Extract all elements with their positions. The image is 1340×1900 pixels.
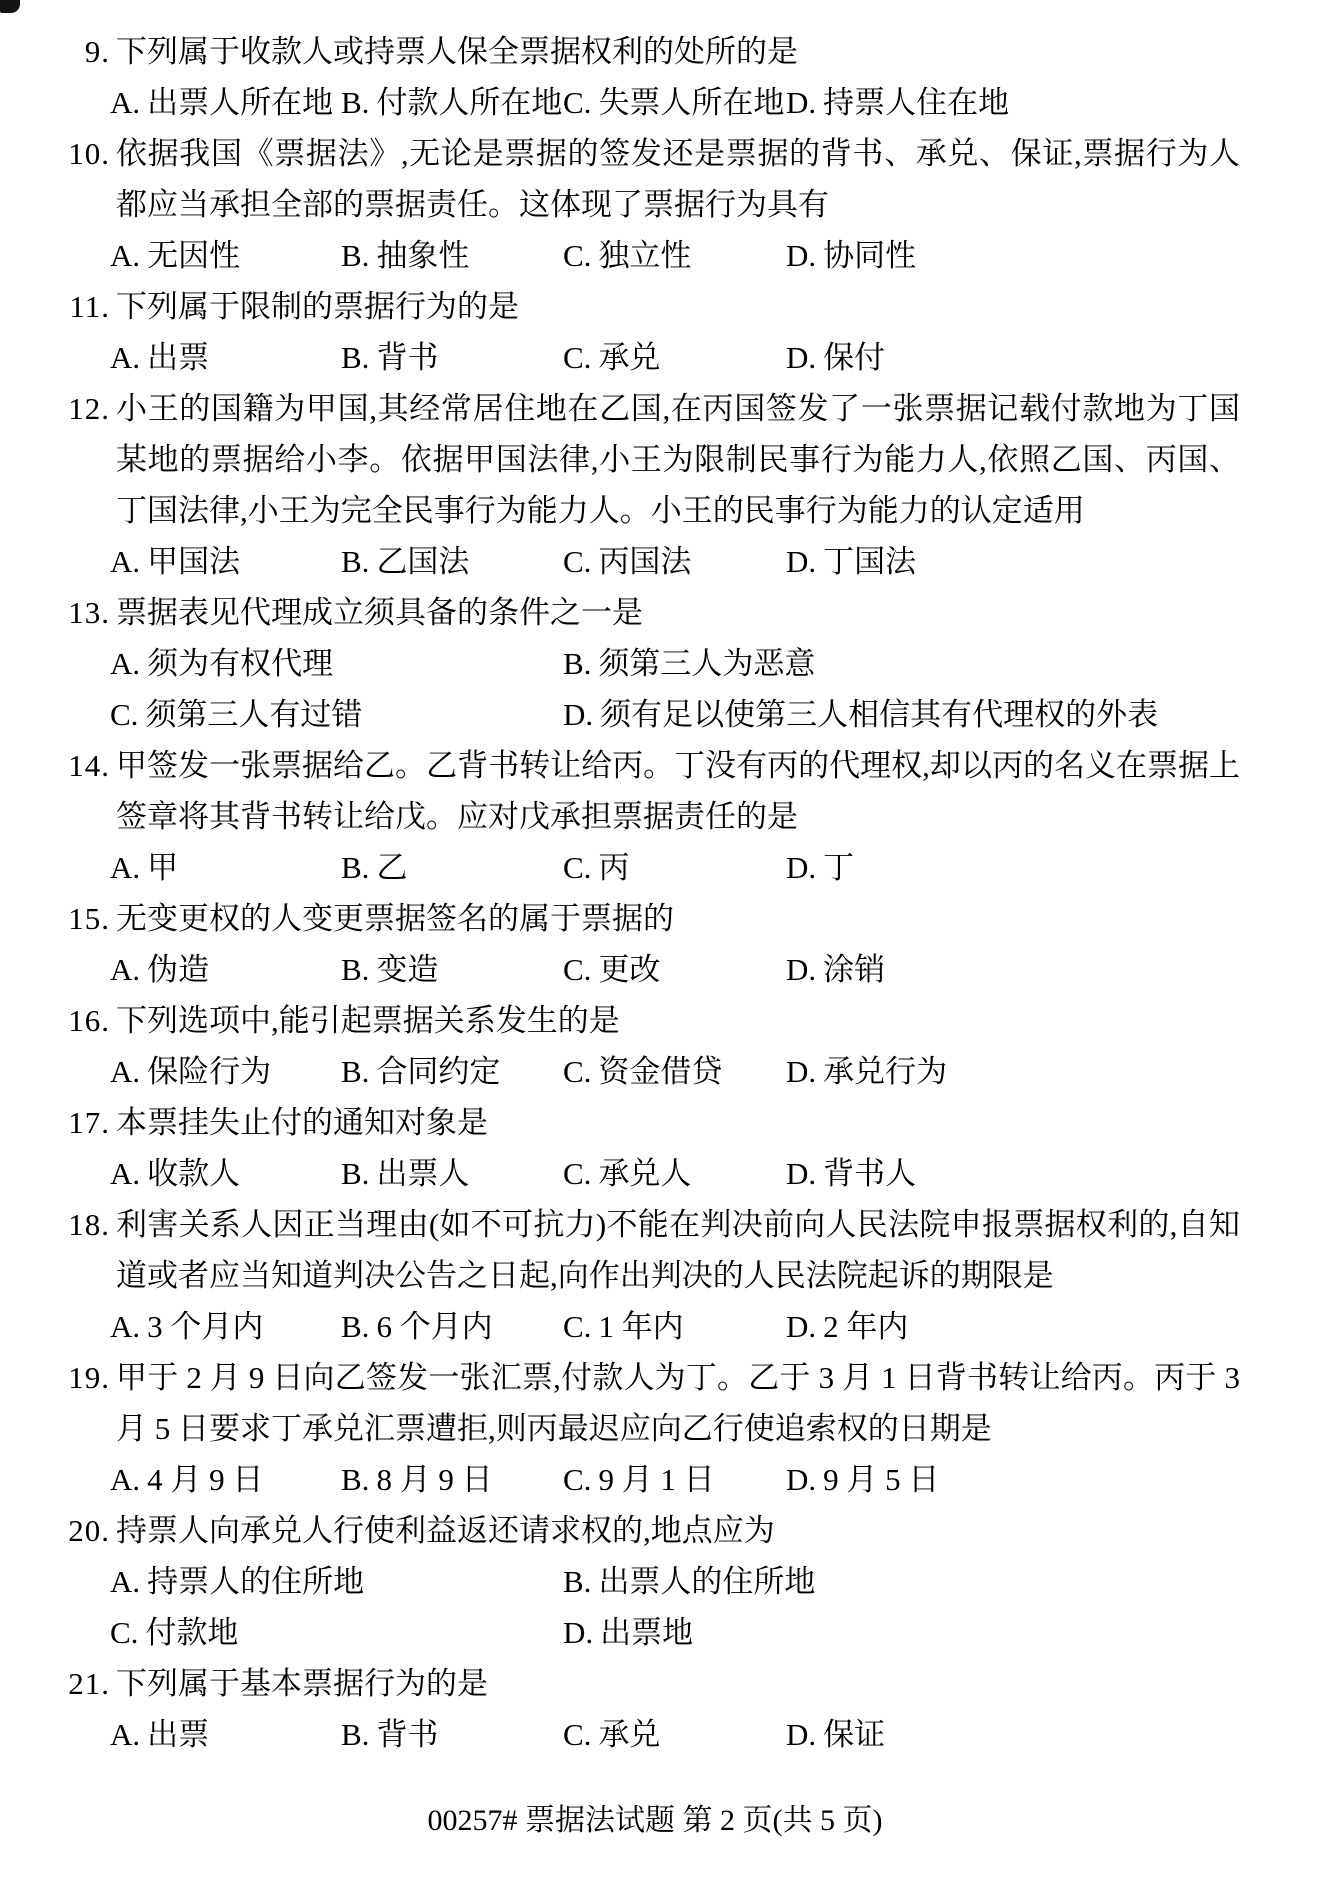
question-number: 14. [66,740,110,791]
option-text: 乙国法 [376,544,469,579]
option-label: C. [563,1054,591,1089]
option-A: A.4 月 9 日 [110,1454,341,1505]
option-text: 出票 [147,340,209,375]
option-label: A. [110,1717,140,1752]
option-C: C.丙国法 [563,536,786,587]
option-C: C.1 年内 [563,1301,786,1352]
option-label: A. [110,1156,140,1191]
option-text: 持票人住在地 [823,85,1009,120]
question-number: 15. [66,893,110,944]
option-B: B.须第三人为恶意 [563,638,1240,689]
option-label: D. [786,85,816,120]
option-text: 须为有权代理 [147,646,333,681]
option-label: A. [110,952,140,987]
option-D: D.须有足以使第三人相信其有代理权的外表 [563,689,1240,740]
option-text: 背书人 [823,1156,916,1191]
options-row: A.须为有权代理B.须第三人为恶意C.须第三人有过错D.须有足以使第三人相信其有… [110,638,1240,740]
option-D: D.持票人住在地 [786,77,1240,128]
option-D: D.保证 [786,1709,1240,1760]
option-text: 9 月 1 日 [598,1462,714,1497]
option-text: 6 个月内 [376,1309,492,1344]
question-stem: 无变更权的人变更票据签名的属于票据的 [116,893,1240,944]
options-row: A.出票人所在地B.付款人所在地C.失票人所在地D.持票人住在地 [110,77,1240,128]
option-label: B. [341,544,369,579]
question-stem: 小王的国籍为甲国,其经常居住地在乙国,在丙国签发了一张票据记载付款地为丁国某地的… [116,383,1240,536]
option-text: 持票人的住所地 [147,1564,364,1599]
question-number: 10. [66,128,110,179]
option-A: A.甲 [110,842,341,893]
option-label: B. [341,1309,369,1344]
option-text: 3 个月内 [147,1309,263,1344]
option-text: 保付 [823,340,885,375]
question-stem: 下列属于收款人或持票人保全票据权利的处所的是 [116,26,1240,77]
option-label: C. [563,1309,591,1344]
option-label: D. [786,1054,816,1089]
question-stem: 甲签发一张票据给乙。乙背书转让给丙。丁没有丙的代理权,却以丙的名义在票据上签章将… [116,740,1240,842]
option-A: A.出票 [110,332,341,383]
option-D: D.出票地 [563,1607,1240,1658]
option-B: B.变造 [341,944,563,995]
option-text: 出票地 [600,1615,693,1650]
option-label: D. [786,238,816,273]
option-label: D. [786,1309,816,1344]
option-text: 伪造 [147,952,209,987]
option-B: B.6 个月内 [341,1301,563,1352]
option-C: C.须第三人有过错 [110,689,563,740]
option-text: 须有足以使第三人相信其有代理权的外表 [600,697,1158,732]
option-B: B.背书 [341,1709,563,1760]
option-label: B. [341,952,369,987]
option-D: D.承兑行为 [786,1046,1240,1097]
option-label: B. [341,340,369,375]
question-number: 19. [66,1352,110,1403]
question-number: 16. [66,995,110,1046]
option-text: 承兑 [598,340,660,375]
option-label: C. [563,85,591,120]
question-20: 20.持票人向承兑人行使利益返还请求权的,地点应为A.持票人的住所地B.出票人的… [70,1505,1240,1658]
option-text: 须第三人为恶意 [598,646,815,681]
option-text: 出票 [147,1717,209,1752]
option-text: 收款人 [147,1156,240,1191]
option-label: B. [563,1564,591,1599]
option-label: C. [563,544,591,579]
question-13: 13.票据表见代理成立须具备的条件之一是A.须为有权代理B.须第三人为恶意C.须… [70,587,1240,740]
option-label: D. [786,850,816,885]
option-C: C.付款地 [110,1607,563,1658]
option-C: C.失票人所在地 [563,77,786,128]
option-text: 出票人所在地 [147,85,333,120]
option-label: C. [563,1717,591,1752]
option-A: A.伪造 [110,944,341,995]
option-B: B.出票人 [341,1148,563,1199]
option-text: 合同约定 [376,1054,500,1089]
option-A: A.3 个月内 [110,1301,341,1352]
option-label: D. [563,1615,593,1650]
option-text: 抽象性 [376,238,469,273]
question-stem: 利害关系人因正当理由(如不可抗力)不能在判决前向人民法院申报票据权利的,自知道或… [116,1199,1240,1301]
question-number: 20. [66,1505,110,1556]
question-stem: 下列选项中,能引起票据关系发生的是 [116,995,1240,1046]
question-17: 17.本票挂失止付的通知对象是A.收款人B.出票人C.承兑人D.背书人 [70,1097,1240,1199]
option-text: 9 月 5 日 [823,1462,939,1497]
option-label: C. [110,697,138,732]
option-label: B. [341,1717,369,1752]
option-label: B. [341,85,369,120]
option-text: 丙国法 [598,544,691,579]
options-row: A.收款人B.出票人C.承兑人D.背书人 [110,1148,1240,1199]
option-text: 保证 [823,1717,885,1752]
option-text: 失票人所在地 [598,85,784,120]
options-row: A.出票B.背书C.承兑D.保证 [110,1709,1240,1760]
option-label: A. [110,1462,140,1497]
option-label: B. [563,646,591,681]
option-text: 付款人所在地 [376,85,562,120]
option-B: B.出票人的住所地 [563,1556,1240,1607]
options-row: A.保险行为B.合同约定C.资金借贷D.承兑行为 [110,1046,1240,1097]
option-text: 承兑人 [598,1156,691,1191]
option-text: 无因性 [147,238,240,273]
question-14: 14.甲签发一张票据给乙。乙背书转让给丙。丁没有丙的代理权,却以丙的名义在票据上… [70,740,1240,893]
option-label: C. [110,1615,138,1650]
option-A: A.出票人所在地 [110,77,341,128]
option-A: A.出票 [110,1709,341,1760]
option-text: 4 月 9 日 [147,1462,263,1497]
option-B: B.8 月 9 日 [341,1454,563,1505]
option-text: 背书 [376,1717,438,1752]
option-text: 丁国法 [823,544,916,579]
option-D: D.协同性 [786,230,1240,281]
option-label: C. [563,850,591,885]
option-text: 付款地 [145,1615,238,1650]
option-A: A.收款人 [110,1148,341,1199]
question-stem: 依据我国《票据法》,无论是票据的签发还是票据的背书、承兑、保证,票据行为人都应当… [116,128,1240,230]
question-number: 12. [66,383,110,434]
option-A: A.须为有权代理 [110,638,563,689]
option-label: D. [786,952,816,987]
option-text: 出票人的住所地 [598,1564,815,1599]
option-text: 2 年内 [823,1309,908,1344]
option-A: A.甲国法 [110,536,341,587]
option-label: D. [786,544,816,579]
option-label: B. [341,1156,369,1191]
option-C: C.9 月 1 日 [563,1454,786,1505]
option-text: 须第三人有过错 [145,697,362,732]
option-D: D.9 月 5 日 [786,1454,1240,1505]
exam-page: 9.下列属于收款人或持票人保全票据权利的处所的是A.出票人所在地B.付款人所在地… [0,0,1340,1844]
option-D: D.2 年内 [786,1301,1240,1352]
option-D: D.丁国法 [786,536,1240,587]
question-19: 19.甲于 2 月 9 日向乙签发一张汇票,付款人为丁。乙于 3 月 1 日背书… [70,1352,1240,1505]
option-label: C. [563,340,591,375]
question-number: 13. [66,587,110,638]
question-number: 11. [66,281,110,332]
option-C: C.更改 [563,944,786,995]
option-text: 甲 [147,850,178,885]
question-11: 11.下列属于限制的票据行为的是A.出票B.背书C.承兑D.保付 [70,281,1240,383]
option-label: B. [341,1462,369,1497]
option-text: 乙 [376,850,407,885]
option-text: 涂销 [823,952,885,987]
option-label: A. [110,1309,140,1344]
options-row: A.4 月 9 日B.8 月 9 日C.9 月 1 日D.9 月 5 日 [110,1454,1240,1505]
option-text: 甲国法 [147,544,240,579]
option-A: A.无因性 [110,230,341,281]
option-C: C.资金借贷 [563,1046,786,1097]
option-C: C.独立性 [563,230,786,281]
option-label: A. [110,850,140,885]
question-stem: 下列属于基本票据行为的是 [116,1658,1240,1709]
option-label: C. [563,1156,591,1191]
option-label: D. [786,1156,816,1191]
option-label: B. [341,850,369,885]
option-B: B.付款人所在地 [341,77,563,128]
option-text: 变造 [376,952,438,987]
option-label: D. [786,340,816,375]
option-B: B.合同约定 [341,1046,563,1097]
option-label: C. [563,952,591,987]
option-B: B.抽象性 [341,230,563,281]
option-text: 背书 [376,340,438,375]
question-16: 16.下列选项中,能引起票据关系发生的是A.保险行为B.合同约定C.资金借贷D.… [70,995,1240,1097]
option-text: 丙 [598,850,629,885]
option-D: D.背书人 [786,1148,1240,1199]
option-label: C. [563,238,591,273]
page-footer: 00257# 票据法试题 第 2 页(共 5 页) [70,1798,1240,1844]
option-A: A.保险行为 [110,1046,341,1097]
question-10: 10.依据我国《票据法》,无论是票据的签发还是票据的背书、承兑、保证,票据行为人… [70,128,1240,281]
options-row: A.甲国法B.乙国法C.丙国法D.丁国法 [110,536,1240,587]
option-label: D. [786,1462,816,1497]
option-label: A. [110,1564,140,1599]
question-stem: 下列属于限制的票据行为的是 [116,281,1240,332]
question-stem: 本票挂失止付的通知对象是 [116,1097,1240,1148]
option-B: B.背书 [341,332,563,383]
option-D: D.丁 [786,842,1240,893]
option-C: C.承兑 [563,1709,786,1760]
options-row: A.3 个月内B.6 个月内C.1 年内D.2 年内 [110,1301,1240,1352]
option-text: 承兑行为 [823,1054,947,1089]
option-text: 丁 [823,850,854,885]
option-text: 独立性 [598,238,691,273]
option-D: D.保付 [786,332,1240,383]
options-row: A.甲B.乙C.丙D.丁 [110,842,1240,893]
question-15: 15.无变更权的人变更票据签名的属于票据的A.伪造B.变造C.更改D.涂销 [70,893,1240,995]
option-label: A. [110,544,140,579]
questions-list: 9.下列属于收款人或持票人保全票据权利的处所的是A.出票人所在地B.付款人所在地… [70,26,1240,1760]
option-A: A.持票人的住所地 [110,1556,563,1607]
question-number: 9. [66,26,110,77]
option-label: A. [110,1054,140,1089]
option-label: D. [563,697,593,732]
options-row: A.出票B.背书C.承兑D.保付 [110,332,1240,383]
options-row: A.持票人的住所地B.出票人的住所地C.付款地D.出票地 [110,1556,1240,1658]
option-B: B.乙 [341,842,563,893]
option-D: D.涂销 [786,944,1240,995]
option-label: A. [110,238,140,273]
option-text: 更改 [598,952,660,987]
option-text: 承兑 [598,1717,660,1752]
option-label: A. [110,85,140,120]
option-text: 1 年内 [598,1309,683,1344]
option-text: 8 月 9 日 [376,1462,492,1497]
option-C: C.承兑 [563,332,786,383]
option-label: B. [341,1054,369,1089]
option-label: C. [563,1462,591,1497]
option-label: A. [110,646,140,681]
question-number: 18. [66,1199,110,1250]
question-stem: 持票人向承兑人行使利益返还请求权的,地点应为 [116,1505,1240,1556]
option-text: 出票人 [376,1156,469,1191]
option-label: B. [341,238,369,273]
option-B: B.乙国法 [341,536,563,587]
question-21: 21.下列属于基本票据行为的是A.出票B.背书C.承兑D.保证 [70,1658,1240,1760]
option-C: C.丙 [563,842,786,893]
question-number: 21. [66,1658,110,1709]
option-C: C.承兑人 [563,1148,786,1199]
question-number: 17. [66,1097,110,1148]
question-9: 9.下列属于收款人或持票人保全票据权利的处所的是A.出票人所在地B.付款人所在地… [70,26,1240,128]
options-row: A.伪造B.变造C.更改D.涂销 [110,944,1240,995]
question-stem: 票据表见代理成立须具备的条件之一是 [116,587,1240,638]
option-label: A. [110,340,140,375]
option-text: 保险行为 [147,1054,271,1089]
options-row: A.无因性B.抽象性C.独立性D.协同性 [110,230,1240,281]
option-label: D. [786,1717,816,1752]
question-12: 12.小王的国籍为甲国,其经常居住地在乙国,在丙国签发了一张票据记载付款地为丁国… [70,383,1240,587]
option-text: 协同性 [823,238,916,273]
question-stem: 甲于 2 月 9 日向乙签发一张汇票,付款人为丁。乙于 3 月 1 日背书转让给… [116,1352,1240,1454]
question-18: 18.利害关系人因正当理由(如不可抗力)不能在判决前向人民法院申报票据权利的,自… [70,1199,1240,1352]
option-text: 资金借贷 [598,1054,722,1089]
